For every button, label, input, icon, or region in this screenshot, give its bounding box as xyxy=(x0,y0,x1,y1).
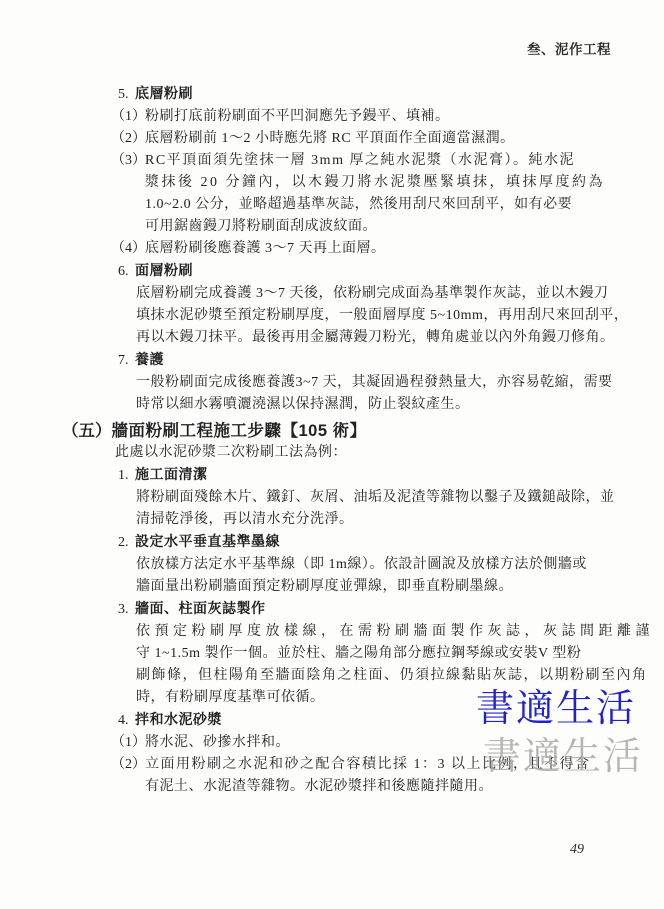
item-number: 4. xyxy=(118,710,135,732)
sub-item-marker: （4） xyxy=(111,238,146,260)
section-5-heading: （五）牆面粉刷工程施工步驟【105 術】 xyxy=(0,420,664,442)
text-line: 將粉刷面殘餘木片、鐵釘、灰屑、油垢及泥渣等雜物以鑿子及鐵鎚敲除，並 xyxy=(136,487,664,509)
text-line: 有泥土、水泥渣等雜物。水泥砂漿拌和後應隨拌隨用。 xyxy=(145,776,664,798)
list-item-7-heading: 7.養護 xyxy=(0,350,664,372)
text-line: 再以木鏝刀抹平。最後再用金屬薄鏝刀粉光，轉角處並以內外角鏝刀修角。 xyxy=(136,327,664,349)
text-line: 一般粉刷面完成後應養護3~7 天，其凝固過程發熱量大，亦容易乾縮，需要 xyxy=(136,372,664,394)
item-title: 養護 xyxy=(135,353,164,368)
text-line: 牆面量出粉刷牆面預定粉刷厚度並彈線，即垂直粉刷墨線。 xyxy=(136,576,664,598)
text-line: 填抹水泥砂漿至預定粉刷厚度，一般面層厚度 5~10mm，再用刮尺來回刮平， xyxy=(136,305,664,327)
text-line: 依預定粉刷厚度放樣線，在需粉刷牆面製作灰誌，灰誌間距離謹 xyxy=(136,621,664,643)
text-line: 底層粉刷完成養護 3～7 天後，依粉刷完成面為基準製作灰誌，並以木鏝刀 xyxy=(136,283,664,305)
text-line: 可用鋸齒鏝刀將粉刷面刮成波紋面。 xyxy=(145,216,664,238)
section-label: （五） xyxy=(62,422,112,440)
item-number: 3. xyxy=(118,599,135,621)
sub-item-marker: （1） xyxy=(111,106,146,128)
text-line: 刷飾條，但柱陽角至牆面陰角之柱面、仍須拉線黏貼灰誌，以期粉刷至內角 xyxy=(136,665,664,687)
page-number: 49 xyxy=(570,842,584,858)
step-3-body: 依預定粉刷厚度放樣線，在需粉刷牆面製作灰誌，灰誌間距離謹 守 1~1.5m 製作… xyxy=(0,621,664,709)
item-7-body: 一般粉刷面完成後應養護3~7 天，其凝固過程發熱量大，亦容易乾縮，需要 時常以細… xyxy=(0,372,664,416)
text-line: 將水泥、砂摻水拌和。 xyxy=(145,732,664,754)
sub-item-5-3: （3） RC平頂面須先塗抹一層 3mm 厚之純水泥漿（水泥膏）。純水泥 漿抹後 … xyxy=(0,150,664,238)
text-line: 底層粉刷前 1～2 小時應先將 RC 平頂面作全面適當濕潤。 xyxy=(145,128,664,150)
text-line: 清掃乾淨後，再以清水充分洗淨。 xyxy=(136,509,664,531)
text-line: RC平頂面須先塗抹一層 3mm 厚之純水泥漿（水泥膏）。純水泥 xyxy=(145,150,664,172)
step-1-heading: 1.施工面清潔 xyxy=(0,465,664,487)
item-number: 2. xyxy=(118,532,135,554)
item-title: 施工面清潔 xyxy=(135,468,208,483)
item-number: 6. xyxy=(118,261,135,283)
sub-item-5-4: （4） 底層粉刷後應養護 3～7 天再上面層。 xyxy=(0,238,664,260)
section-title: 牆面粉刷工程施工步驟【105 術】 xyxy=(112,422,367,440)
step-2-heading: 2.設定水平垂直基準墨線 xyxy=(0,532,664,554)
text-line: 粉刷打底前粉刷面不平凹洞應先予鏝平、填補。 xyxy=(145,106,664,128)
list-item-5-heading: 5.底層粉刷 xyxy=(0,84,664,106)
document-page: 叁、泥作工程 5.底層粉刷 （1） 粉刷打底前粉刷面不平凹洞應先予鏝平、填補。 … xyxy=(0,0,664,909)
item-number: 1. xyxy=(118,465,135,487)
section-5-intro: 此處以水泥砂漿二次粉刷工法為例： xyxy=(0,442,664,464)
text-line: 1.0~2.0 公分，並略超過基準灰誌，然後用刮尺來回刮平，如有必要 xyxy=(145,194,664,216)
page-content: 5.底層粉刷 （1） 粉刷打底前粉刷面不平凹洞應先予鏝平、填補。 （2） 底層粉… xyxy=(0,0,664,798)
item-title: 底層粉刷 xyxy=(135,87,193,102)
item-title: 拌和水泥砂漿 xyxy=(135,713,222,728)
sub-item-marker: （1） xyxy=(111,732,146,754)
item-number: 5. xyxy=(118,84,135,106)
item-title: 設定水平垂直基準墨線 xyxy=(135,535,280,550)
sub-item-marker: （3） xyxy=(111,150,146,172)
text-line: 立面用粉刷之水泥和砂之配合容積比採 1：3 以上比例，且不得含 xyxy=(145,754,664,776)
text-line: 依放樣方法定水平基準線（即 1m線）。依設計圖說及放樣方法於側牆或 xyxy=(136,554,664,576)
text-line: 漿抹後 20 分鐘內，以木鏝刀將水泥漿壓緊填抹，填抹厚度約為 xyxy=(145,172,664,194)
text-line: 時，有粉刷厚度基準可依循。 xyxy=(136,687,664,709)
step-3-heading: 3.牆面、柱面灰誌製作 xyxy=(0,599,664,621)
item-title: 牆面、柱面灰誌製作 xyxy=(135,602,266,617)
step-4-heading: 4.拌和水泥砂漿 xyxy=(0,710,664,732)
text-line: 守 1~1.5m 製作一個。並於柱、牆之陽角部分應拉鋼琴線或安裝V 型粉 xyxy=(136,643,664,665)
sub-item-5-1: （1） 粉刷打底前粉刷面不平凹洞應先予鏝平、填補。 xyxy=(0,106,664,128)
step-2-body: 依放樣方法定水平基準線（即 1m線）。依設計圖說及放樣方法於側牆或 牆面量出粉刷… xyxy=(0,554,664,598)
sub-item-4-1: （1） 將水泥、砂摻水拌和。 xyxy=(0,732,664,754)
text-line: 時常以細水霧噴灑澆濕以保持濕潤，防止裂紋產生。 xyxy=(136,394,664,416)
item-6-body: 底層粉刷完成養護 3～7 天後，依粉刷完成面為基準製作灰誌，並以木鏝刀 填抹水泥… xyxy=(0,283,664,349)
item-title: 面層粉刷 xyxy=(135,264,193,279)
sub-item-5-2: （2） 底層粉刷前 1～2 小時應先將 RC 平頂面作全面適當濕潤。 xyxy=(0,128,664,150)
list-item-6-heading: 6.面層粉刷 xyxy=(0,261,664,283)
sub-item-marker: （2） xyxy=(111,754,146,776)
sub-item-4-2: （2） 立面用粉刷之水泥和砂之配合容積比採 1：3 以上比例，且不得含 有泥土、… xyxy=(0,754,664,798)
step-1-body: 將粉刷面殘餘木片、鐵釘、灰屑、油垢及泥渣等雜物以鑿子及鐵鎚敲除，並 清掃乾淨後，… xyxy=(0,487,664,531)
text-line: 底層粉刷後應養護 3～7 天再上面層。 xyxy=(145,238,664,260)
item-number: 7. xyxy=(118,350,135,372)
sub-item-marker: （2） xyxy=(111,128,146,150)
